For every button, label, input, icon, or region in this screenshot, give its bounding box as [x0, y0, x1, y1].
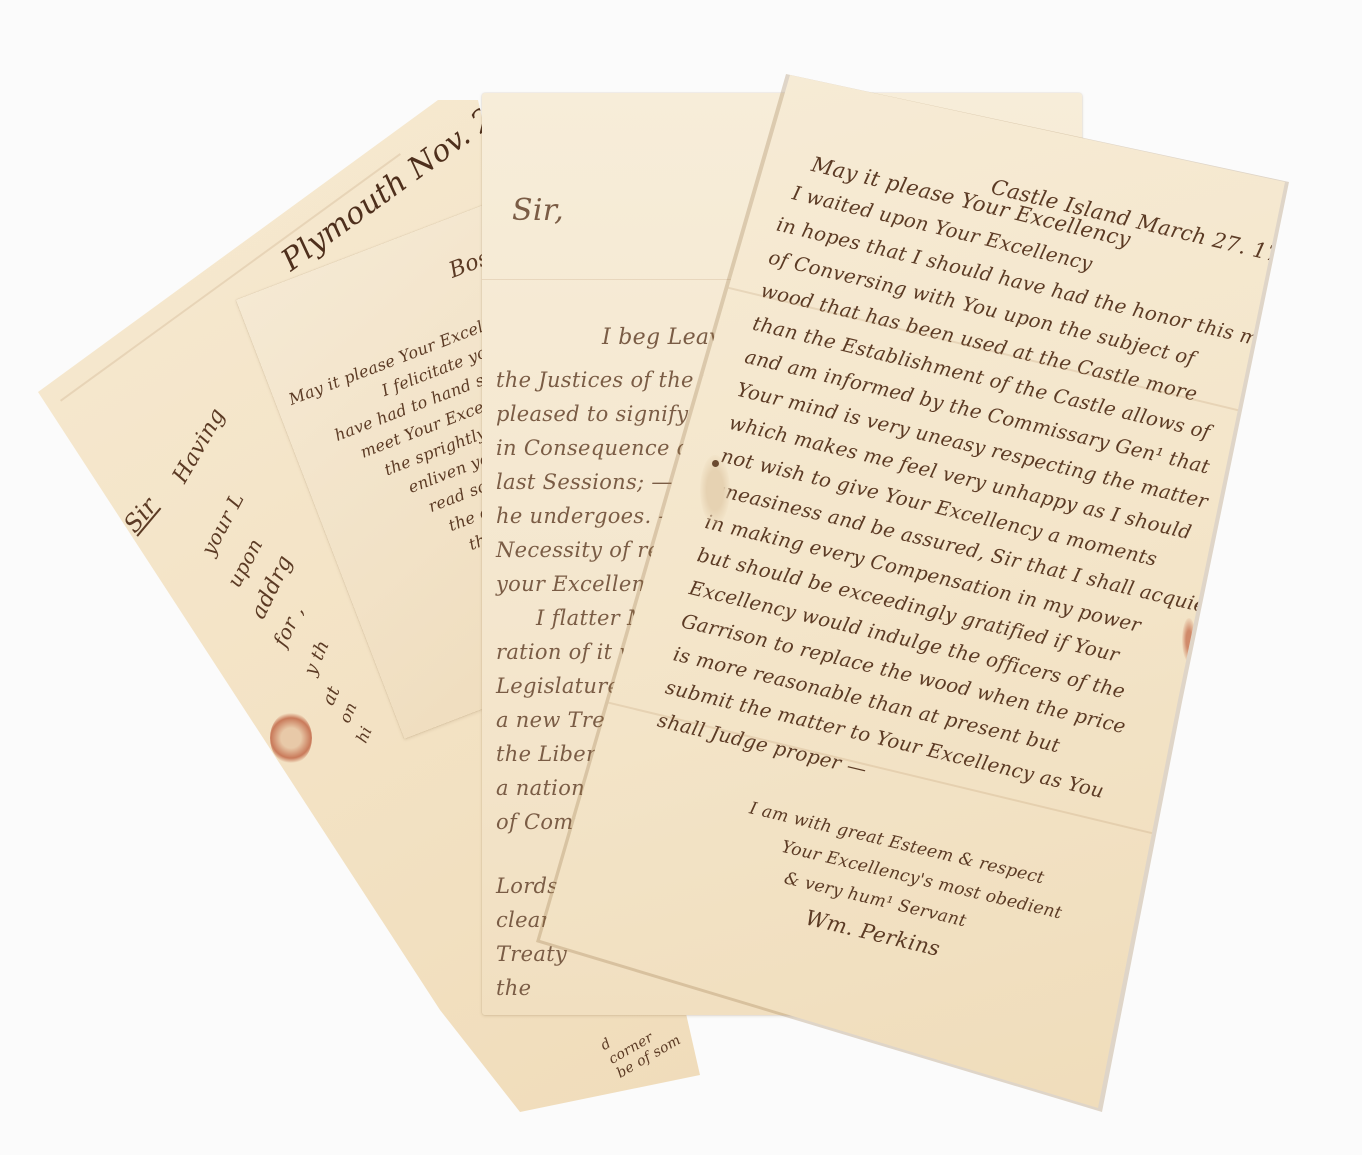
body-line: y th [300, 637, 334, 678]
photo-stage: Plymouth Nov. 21. 1791 intrusion on Sir … [0, 0, 1362, 1155]
body-line: hi [352, 723, 376, 745]
letter-salutation-sir: Sir, [512, 193, 564, 228]
letter-salutation-sir: Sir [118, 492, 163, 538]
letter-bottom-fragment: d corner be of som [598, 1004, 684, 1081]
wax-seal-remnant [270, 712, 312, 764]
body-line: Having [168, 404, 231, 487]
letter-body-castle-island: I waited upon Your Excellency in hopes t… [654, 175, 1295, 858]
letter-body-plymouth: Having [168, 404, 231, 487]
ink-spot [712, 460, 719, 467]
